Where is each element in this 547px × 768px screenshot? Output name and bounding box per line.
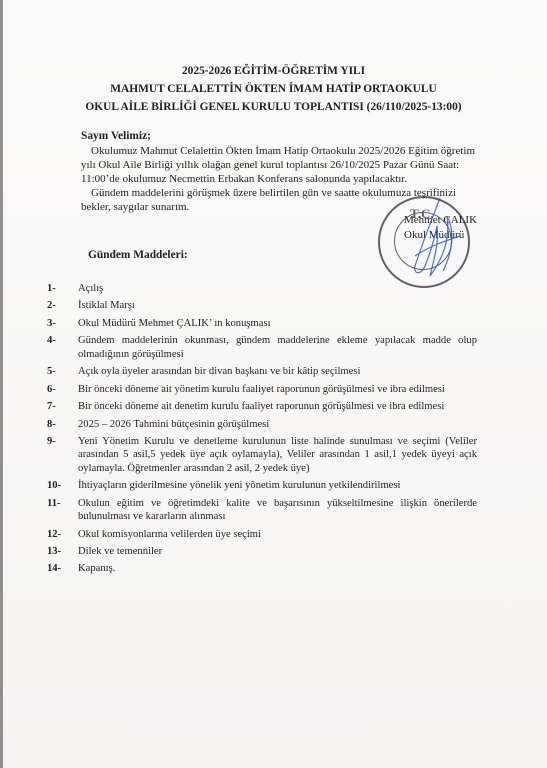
agenda-item: 5-Açık oyla üyeler arasından bir divan b… [47,365,477,378]
agenda-item-number: 12- [47,528,78,541]
agenda-list: 1-Açılış2-İstiklal Marşı3-Okul Müdürü Me… [47,282,477,580]
agenda-item-number: 10- [47,479,78,492]
invitation-text: Okulumuz Mahmut Celalettin Ökten İmam Ha… [81,145,475,185]
agenda-item-number: 14- [47,562,78,575]
salutation: Sayın Velimiz; [81,130,151,142]
agenda-item-text: Okul komisyonlarına velilerden üye seçim… [78,528,477,541]
agenda-item-text: Bir önceki döneme ait yönetim kurulu faa… [78,383,477,396]
agenda-item-text: Kapanış. [78,562,477,575]
agenda-item-number: 5- [47,365,78,378]
agenda-item-number: 6- [47,383,78,396]
agenda-item: 4-Gündem maddelerinin okunması, gündem m… [47,334,477,361]
agenda-item: 3-Okul Müdürü Mehmet ÇALIK’ ın konuşması [47,317,477,330]
agenda-item: 7-Bir önceki döneme ait denetim kurulu f… [47,400,477,413]
agenda-item-text: Açılış [78,282,477,295]
agenda-item-text: Açık oyla üyeler arasından bir divan baş… [78,365,477,378]
agenda-item-number: 13- [47,545,78,558]
agenda-item: 6-Bir önceki döneme ait yönetim kurulu f… [47,383,477,396]
agenda-item-number: 11- [47,497,78,524]
agenda-item-number: 8- [47,418,78,431]
agenda-item-number: 9- [47,435,78,475]
agenda-item-text: İstiklal Marşı [78,299,477,312]
agenda-item-text: Dilek ve temenniler [78,545,477,558]
agenda-item: 10-İhtiyaçların giderilmesine yönelik ye… [47,479,477,492]
agenda-item-text: Yeni Yönetim Kurulu ve denetleme kurulun… [78,435,477,475]
agenda-item: 8-2025 – 2026 Tahmini bütçesinin görüşül… [47,418,477,431]
agenda-item-text: İhtiyaçların giderilmesine yönelik yeni … [78,479,477,492]
header-meeting-title: OKUL AİLE BİRLİĞİ GENEL KURULU TOPLANTIS… [0,98,547,116]
scanned-page: 2025-2026 EĞİTİM-ÖĞRETİM YILI MAHMUT CEL… [0,0,547,768]
agenda-item: 13-Dilek ve temenniler [47,545,477,558]
agenda-item-number: 1- [47,282,78,295]
agenda-item-number: 7- [47,400,78,413]
agenda-item: 11-Okulun eğitim ve öğretimdeki kalite v… [47,497,477,524]
agenda-item-number: 4- [47,334,78,361]
agenda-item-text: 2025 – 2026 Tahmini bütçesinin görüşülme… [78,418,477,431]
agenda-item: 1-Açılış [47,282,477,295]
agenda-item: 9-Yeni Yönetim Kurulu ve denetleme kurul… [47,435,477,475]
agenda-item: 12-Okul komisyonlarına velilerden üye se… [47,528,477,541]
invitation-paragraph: Okulumuz Mahmut Celalettin Ökten İmam Ha… [81,144,476,187]
document-header: 2025-2026 EĞİTİM-ÖĞRETİM YILI MAHMUT CEL… [0,62,547,116]
header-academic-year: 2025-2026 EĞİTİM-ÖĞRETİM YILI [0,62,547,80]
agenda-item-number: 2- [47,299,78,312]
agenda-item-text: Okul Müdürü Mehmet ÇALIK’ ın konuşması [78,317,477,330]
header-school-name: MAHMUT CELALETTİN ÖKTEN İMAM HATİP ORTAO… [0,80,547,98]
agenda-item: 2-İstiklal Marşı [47,299,477,312]
agenda-item-text: Gündem maddelerinin okunması, gündem mad… [78,334,477,361]
agenda-item-text: Okulun eğitim ve öğretimdeki kalite ve b… [78,497,477,524]
agenda-item: 14-Kapanış. [47,562,477,575]
agenda-title: Gündem Maddeleri: [88,249,188,261]
agenda-item-number: 3- [47,317,78,330]
agenda-item-text: Bir önceki döneme ait denetim kurulu faa… [78,400,477,413]
handwritten-signature-icon [385,196,475,291]
